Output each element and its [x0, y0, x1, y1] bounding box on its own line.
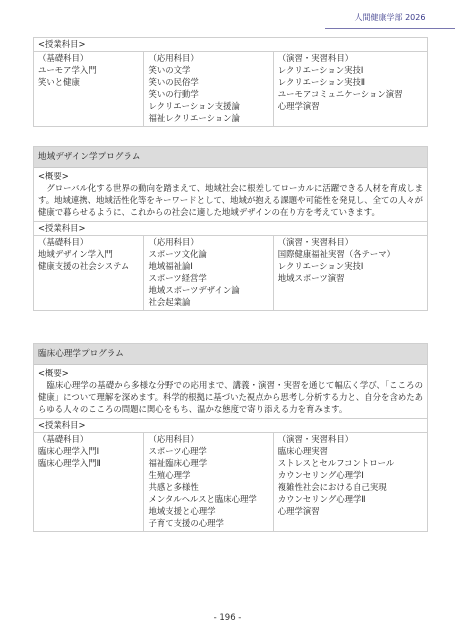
overview-text: グローバル化する世界の動向を踏まえて、地域社会に根差してローカルに活躍できる人材…	[38, 182, 423, 218]
column-header: （基礎科目）	[38, 433, 139, 445]
course-item: レクリエーション実技Ⅱ	[278, 76, 423, 88]
course-item: 心理学演習	[278, 100, 423, 112]
overview-section: <概要> グローバル化する世界の動向を踏まえて、地域社会に根差してローカルに活躍…	[34, 168, 427, 222]
course-item: 生殖心理学	[148, 469, 268, 481]
course-item: 心理学演習	[278, 505, 423, 517]
course-item: レクリエーション実技Ⅰ	[278, 260, 423, 272]
course-item: レクリエーション支援論	[148, 100, 268, 112]
basic-column: （基礎科目） 臨床心理学入門Ⅰ 臨床心理学入門Ⅱ	[34, 433, 143, 531]
course-item: 笑いと健康	[38, 76, 139, 88]
course-item: 健康支援の社会システム	[38, 260, 139, 272]
course-item: 国際健康福祉実習（各テーマ）	[278, 248, 423, 260]
practice-column: （演習・実習科目） 国際健康福祉実習（各テーマ） レクリエーション実技Ⅰ 地域ス…	[273, 236, 427, 310]
course-item: ユーモア学入門	[38, 64, 139, 76]
course-item: スポーツ心理学	[148, 445, 268, 457]
page-header: 人間健康学部 2026	[325, 10, 455, 29]
overview-label: <概要>	[38, 367, 423, 379]
column-header: （応用科目）	[148, 236, 268, 248]
overview-label: <概要>	[38, 170, 423, 182]
subject-columns: （基礎科目） 臨床心理学入門Ⅰ 臨床心理学入門Ⅱ （応用科目） スポーツ心理学 …	[34, 433, 427, 531]
applied-column: （応用科目） スポーツ文化論 地域福祉論Ⅰ スポーツ経営学 地域スポーツデザイン…	[143, 236, 272, 310]
basic-column: （基礎科目） 地域デザイン学入門 健康支援の社会システム	[34, 236, 143, 310]
column-header: （応用科目）	[148, 433, 268, 445]
course-item: 共感と多様性	[148, 481, 268, 493]
course-item: 地域スポーツ演習	[278, 272, 423, 284]
page-number: - 196 -	[0, 613, 455, 623]
course-item: 子育て支援の心理学	[148, 517, 268, 529]
column-header: （演習・実習科目）	[278, 52, 423, 64]
applied-column: （応用科目） 笑いの文学 笑いの民俗学 笑いの行動学 レクリエーション支援論 福…	[143, 52, 272, 126]
basic-column: （基礎科目） ユーモア学入門 笑いと健康	[34, 52, 143, 126]
column-header: （演習・実習科目）	[278, 433, 423, 445]
subject-columns: （基礎科目） ユーモア学入門 笑いと健康 （応用科目） 笑いの文学 笑いの民俗学…	[34, 52, 427, 126]
course-item: レクリエーション実技Ⅰ	[278, 64, 423, 76]
course-item: メンタルヘルスと臨床心理学	[148, 493, 268, 505]
column-header: （基礎科目）	[38, 52, 139, 64]
course-item: 笑いの民俗学	[148, 76, 268, 88]
course-item: 地域スポーツデザイン論	[148, 284, 268, 296]
program-title: 地域デザイン学プログラム	[34, 147, 427, 168]
column-header: （演習・実習科目）	[278, 236, 423, 248]
course-item: カウンセリング心理学Ⅰ	[278, 469, 423, 481]
applied-column: （応用科目） スポーツ心理学 福祉臨床心理学 生殖心理学 共感と多様性 メンタル…	[143, 433, 272, 531]
course-item: スポーツ経営学	[148, 272, 268, 284]
course-item: スポーツ文化論	[148, 248, 268, 260]
course-item: 地域デザイン学入門	[38, 248, 139, 260]
course-item: ユーモアコミュニケーション演習	[278, 88, 423, 100]
course-item: カウンセリング心理学Ⅱ	[278, 493, 423, 505]
course-item: 複雑性社会における自己実現	[278, 481, 423, 493]
subject-columns: （基礎科目） 地域デザイン学入門 健康支援の社会システム （応用科目） スポーツ…	[34, 236, 427, 310]
course-item: 臨床心理学入門Ⅰ	[38, 445, 139, 457]
column-header: （応用科目）	[148, 52, 268, 64]
subjects-label: <授業科目>	[34, 222, 427, 236]
overview-section: <概要> 臨床心理学の基礎から多様な分野での応用まで、講義・演習・実習を通じて幅…	[34, 365, 427, 419]
practice-column: （演習・実習科目） レクリエーション実技Ⅰ レクリエーション実技Ⅱ ユーモアコミ…	[273, 52, 427, 126]
course-item: 笑いの行動学	[148, 88, 268, 100]
course-item: 福祉レクリエーション論	[148, 112, 268, 124]
subjects-label: <授業科目>	[34, 419, 427, 433]
course-item: 臨床心理実習	[278, 445, 423, 457]
program-block-regional-design: 地域デザイン学プログラム <概要> グローバル化する世界の動向を踏まえて、地域社…	[33, 146, 428, 311]
course-item: 社会起業論	[148, 296, 268, 308]
course-item: 臨床心理学入門Ⅱ	[38, 457, 139, 469]
column-header: （基礎科目）	[38, 236, 139, 248]
practice-column: （演習・実習科目） 臨床心理実習 ストレスとセルフコントロール カウンセリング心…	[273, 433, 427, 531]
program-title: 臨床心理学プログラム	[34, 344, 427, 365]
subjects-label: <授業科目>	[34, 38, 427, 52]
course-item: 地域支援と心理学	[148, 505, 268, 517]
overview-text: 臨床心理学の基礎から多様な分野での応用まで、講義・演習・実習を通じて幅広く学び、…	[38, 379, 423, 415]
course-item: 地域福祉論Ⅰ	[148, 260, 268, 272]
course-item: ストレスとセルフコントロール	[278, 457, 423, 469]
course-item: 笑いの文学	[148, 64, 268, 76]
program-block-clinical-psychology: 臨床心理学プログラム <概要> 臨床心理学の基礎から多様な分野での応用まで、講義…	[33, 343, 428, 532]
course-item: 福祉臨床心理学	[148, 457, 268, 469]
subjects-block-continued: <授業科目> （基礎科目） ユーモア学入門 笑いと健康 （応用科目） 笑いの文学…	[33, 37, 428, 127]
